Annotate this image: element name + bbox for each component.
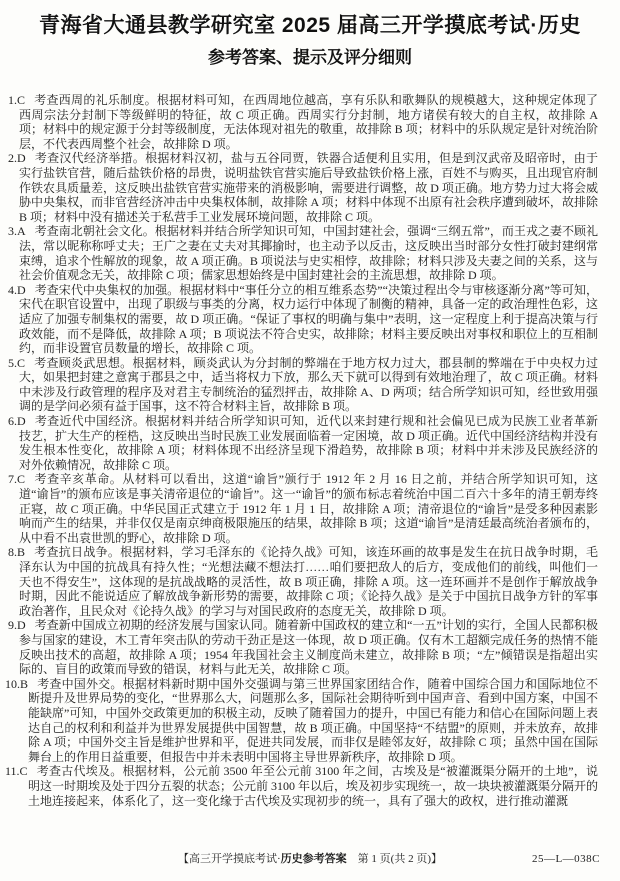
answer-item-2: 2.D考查汉代经济举措。根据材料汉初，盐与五谷同贾，铁器合适便利且实用，但是到汉… — [0, 151, 598, 224]
answer-text: 考查汉代经济举措。根据材料汉初，盐与五谷同贾，铁器合适便利且实用，但是到汉武帝及… — [19, 151, 598, 223]
answer-label: 9.D — [8, 618, 26, 632]
answer-item-10: 10.B考查中国外交。根据材料新时期中国外交强调与第三世界国家团结合作，随着中国… — [0, 677, 598, 765]
answer-text: 考查新中国成立初期的经济发展与国家认同。随着新中国政权的建立和“一五”计划的实行… — [19, 618, 598, 676]
footer-exam-name: 【高三开学摸底考试· — [178, 853, 281, 865]
answer-text: 考查古代埃及。根据材料，公元前 3500 年至公元前 3100 年之间，古埃及是… — [28, 764, 598, 807]
footer-paper-code: 25—L—038C — [532, 851, 600, 867]
answer-text: 考查抗日战争。根据材料，学习毛泽东的《论持久战》可知，该连环画的故事是发生在抗日… — [19, 545, 598, 617]
answer-sheet-page: 青海省大通县教学研究室 2025 届高三开学摸底考试·历史 参考答案、提示及评分… — [0, 0, 620, 881]
answer-item-1: 1.C考查西周的礼乐制度。根据材料可知，在西周地位越高，享有乐队和歌舞队的规模越… — [0, 93, 598, 151]
answer-item-4: 4.D考查宋代中央集权的加强。根据材料中“事任分立的相互维系态势”“决策过程出令… — [0, 283, 598, 356]
answer-text: 考查顾炎武思想。根据材料，顾炎武认为分封制的弊端在于地方权力过大，郡县制的弊端在… — [19, 356, 598, 414]
answer-text: 考查中国外交。根据材料新时期中国外交强调与第三世界国家团结合作，随着中国综合国力… — [28, 677, 598, 764]
footer-subject: 历史参考答案 — [281, 853, 347, 865]
answer-label: 4.D — [8, 283, 26, 297]
footer-caption: 【高三开学摸底考试·历史参考答案 第 1 页(共 2 页)】 — [0, 851, 620, 867]
answer-text: 考查宋代中央集权的加强。根据材料中“事任分立的相互维系态势”“决策过程出令与审核… — [19, 283, 598, 355]
answer-item-11: 11.C考查古代埃及。根据材料，公元前 3500 年至公元前 3100 年之间，… — [0, 764, 598, 808]
answer-label: 6.D — [8, 414, 26, 428]
answer-item-7: 7.C考查辛亥革命。从材料可以看出，这道“谕旨”颁行于 1912 年 2 月 1… — [0, 472, 598, 545]
answer-label: 3.A — [8, 224, 26, 238]
answer-item-6: 6.D考查近代中国经济。根据材料并结合所学知识可知，近代以来封建行规和社会偏见已… — [0, 414, 598, 472]
answer-text: 考查西周的礼乐制度。根据材料可知，在西周地位越高，享有乐队和歌舞队的规模越大，这… — [19, 93, 598, 151]
page-subtitle: 参考答案、提示及评分细则 — [0, 47, 620, 69]
answers-list: 1.C考查西周的礼乐制度。根据材料可知，在西周地位越高，享有乐队和歌舞队的规模越… — [0, 93, 598, 808]
page-title: 青海省大通县教学研究室 2025 届高三开学摸底考试·历史 — [0, 0, 620, 40]
answer-text: 考查辛亥革命。从材料可以看出，这道“谕旨”颁行于 1912 年 2 月 16 日… — [19, 472, 598, 544]
answer-label: 10.B — [5, 677, 28, 691]
answer-item-5: 5.C考查顾炎武思想。根据材料，顾炎武认为分封制的弊端在于地方权力过大，郡县制的… — [0, 356, 598, 414]
answer-label: 2.D — [8, 151, 26, 165]
answer-item-8: 8.B考查抗日战争。根据材料，学习毛泽东的《论持久战》可知，该连环画的故事是发生… — [0, 545, 598, 618]
answer-item-9: 9.D考查新中国成立初期的经济发展与国家认同。随着新中国政权的建立和“一五”计划… — [0, 618, 598, 676]
page-footer: 【高三开学摸底考试·历史参考答案 第 1 页(共 2 页)】 25—L—038C — [0, 851, 620, 869]
footer-page-number: 第 1 页(共 2 页)】 — [347, 853, 442, 865]
answer-text: 考查南北朝社会文化。根据材料并结合所学知识可知，中国封建社会，强调“三纲五常”，… — [19, 224, 598, 282]
answer-text: 考查近代中国经济。根据材料并结合所学知识可知，近代以来封建行规和社会偏见已成为民… — [19, 414, 598, 472]
answer-label: 8.B — [8, 545, 25, 559]
answer-item-3: 3.A考查南北朝社会文化。根据材料并结合所学知识可知，中国封建社会，强调“三纲五… — [0, 224, 598, 282]
answer-label: 7.C — [8, 472, 25, 486]
answer-label: 5.C — [8, 356, 25, 370]
answer-label: 11.C — [5, 764, 28, 778]
answer-label: 1.C — [8, 93, 25, 107]
